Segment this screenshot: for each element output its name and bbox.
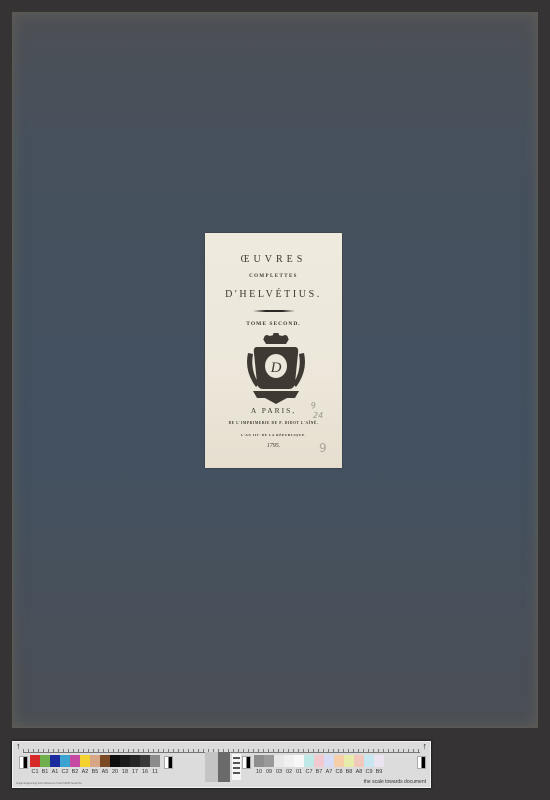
title-completes: COMPLETTES: [205, 274, 342, 279]
color-swatch: [90, 755, 100, 767]
swatch-label: 10: [254, 769, 264, 775]
pencil-note: 9: [319, 441, 327, 455]
swatch-labels-left: C1B1A1C2B2A2B5A52018171611: [30, 769, 160, 775]
color-swatch: [314, 755, 324, 767]
title-page: ŒUVRES COMPLETTES D'HELVÉTIUS. TOME SECO…: [205, 233, 342, 468]
swatch-label: 11: [150, 769, 160, 775]
swatch-label: 20: [110, 769, 120, 775]
contrast-chip: [19, 756, 28, 769]
color-swatch: [364, 755, 374, 767]
color-calibration-target: ↑ ↑ C1B1A1C2B2A2B5A52018171611 100903020…: [12, 741, 431, 788]
swatch-label: B1: [40, 769, 50, 775]
color-swatch: [264, 755, 274, 767]
text-resolution-patch: [232, 754, 241, 780]
color-swatch: [354, 755, 364, 767]
swatch-label: 18: [120, 769, 130, 775]
target-caption: the scale towards document: [364, 779, 426, 785]
swatch-label: 17: [130, 769, 140, 775]
ornamental-rule: [253, 310, 295, 312]
swatch-label: B5: [90, 769, 100, 775]
swatch-label: A1: [50, 769, 60, 775]
svg-text:D: D: [270, 360, 282, 376]
title-author: D'HELVÉTIUS.: [205, 289, 342, 300]
swatch-labels-right: 1009030201C7B7A7C8B8A8C9B9: [254, 769, 384, 775]
swatch-label: B9: [374, 769, 384, 775]
color-swatch: [50, 755, 60, 767]
imprint-printer: DE L'IMPRIMERIE DE P. DIDOT L'AÎNÉ.: [205, 421, 342, 425]
pencil-note: 24: [313, 411, 323, 420]
color-swatch: [130, 755, 140, 767]
swatch-label: B8: [344, 769, 354, 775]
color-swatch: [120, 755, 130, 767]
swatch-label: 03: [274, 769, 284, 775]
contrast-chip: [417, 756, 426, 769]
swatch-row-left: [30, 755, 160, 767]
swatch-label: 16: [140, 769, 150, 775]
color-swatch: [40, 755, 50, 767]
volume-label: TOME SECOND.: [205, 321, 342, 327]
color-swatch: [294, 755, 304, 767]
color-swatch: [324, 755, 334, 767]
color-swatch: [140, 755, 150, 767]
swatch-row-right: [254, 755, 384, 767]
swatch-label: C9: [364, 769, 374, 775]
swatch-label: B2: [70, 769, 80, 775]
pencil-note: 9: [310, 400, 317, 410]
swatch-label: A2: [80, 769, 90, 775]
swatch-label: 09: [264, 769, 274, 775]
swatch-label: C1: [30, 769, 40, 775]
color-swatch: [344, 755, 354, 767]
contrast-chip: [164, 756, 173, 769]
arrow-up-icon: ↑: [16, 742, 21, 751]
swatch-label: A8: [354, 769, 364, 775]
color-swatch: [334, 755, 344, 767]
color-swatch: [284, 755, 294, 767]
arrow-up-icon: ↑: [423, 742, 428, 751]
target-footnote: Image Engineering Scan Reference Chart T…: [16, 782, 82, 785]
title-oeuvres: ŒUVRES: [205, 254, 342, 265]
color-swatch: [60, 755, 70, 767]
swatch-label: B7: [314, 769, 324, 775]
color-swatch: [304, 755, 314, 767]
contrast-chip: [242, 756, 251, 769]
monogram-vignette-icon: D: [245, 333, 307, 405]
color-swatch: [110, 755, 120, 767]
color-swatch: [80, 755, 90, 767]
color-swatch: [374, 755, 384, 767]
color-swatch: [70, 755, 80, 767]
color-swatch: [100, 755, 110, 767]
color-swatch: [274, 755, 284, 767]
imprint-republican-year: L'AN IIIᵉ DE LA RÉPUBLIQUE.: [205, 433, 342, 437]
swatch-label: C8: [334, 769, 344, 775]
swatch-label: 02: [284, 769, 294, 775]
mounting-board: ŒUVRES COMPLETTES D'HELVÉTIUS. TOME SECO…: [12, 12, 538, 728]
grey-scale-strip: [205, 752, 230, 782]
swatch-label: A5: [100, 769, 110, 775]
swatch-label: A7: [324, 769, 334, 775]
swatch-label: 01: [294, 769, 304, 775]
swatch-label: C2: [60, 769, 70, 775]
swatch-label: C7: [304, 769, 314, 775]
color-swatch: [150, 755, 160, 767]
color-swatch: [30, 755, 40, 767]
color-swatch: [254, 755, 264, 767]
